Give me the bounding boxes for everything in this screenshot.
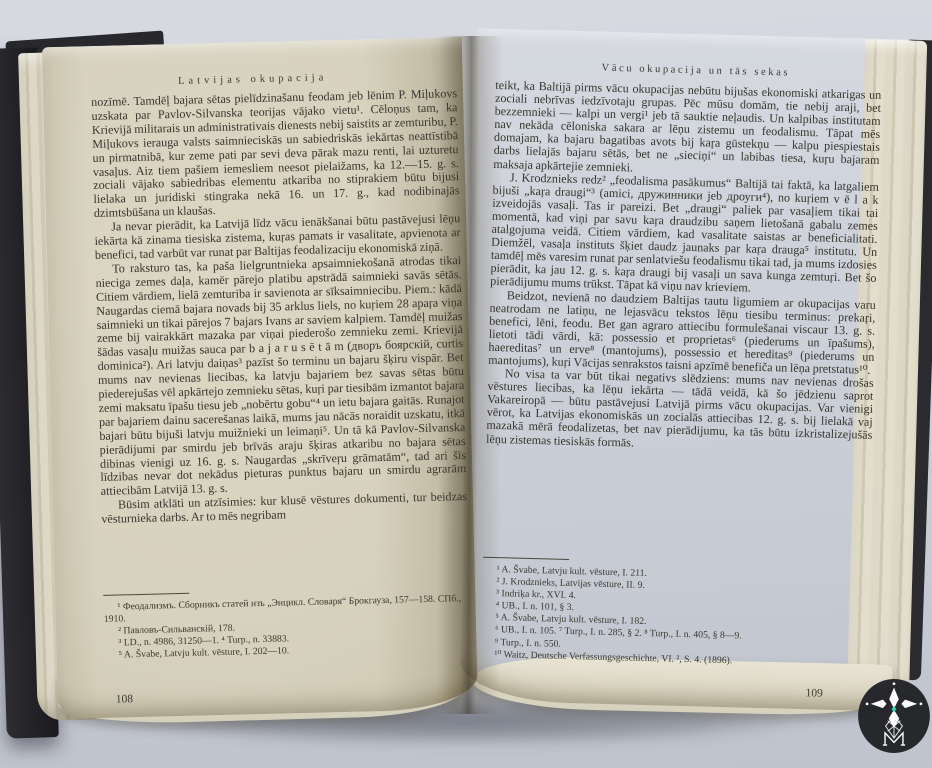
left-page-footnotes: ¹ Феодализмъ. Сборникъ статей изъ „Энцик… [103,593,470,662]
book-photo: { "photo": { "background_color": "#ced2d… [0,0,932,768]
paragraph: No visa ta var būt tikai negativs slēdzi… [486,367,874,456]
museum-stamp [856,678,932,754]
right-page-body: teikt, ka Baltijā pirms vācu okupacijas … [486,79,881,456]
right-page-footnotes: ¹ A. Švabe, Latvju kult. vēsture, I. 211… [480,564,874,671]
footnote-separator [483,557,569,560]
paragraph: Beidzot, nevienā no daudziem Baltijas ta… [488,288,876,377]
left-page: Latvijas okupacija nozīmē. Tamdēļ bajara… [42,37,478,719]
paragraph: J. Krodznieks redz² „feodalisma pasākumu… [490,170,879,298]
right-page-number: 109 [805,687,823,699]
left-page-number: 108 [116,693,134,705]
paragraph: teikt, ka Baltijā pirms vācu okupacijas … [493,79,881,181]
right-page: Vācu okupacija un tās sekas teikt, ka Ba… [459,28,916,711]
paragraph: To raksturo tas, ka paša lielgruntnieka … [95,254,467,499]
museum-monogram-icon [856,678,932,754]
paragraph: nozīmē. Tamdēļ bajara sētas pielīdzinaša… [91,87,460,221]
footnote-separator [103,593,189,596]
left-page-body: nozīmē. Tamdēļ bajara sētas pielīdzinaša… [91,87,467,527]
